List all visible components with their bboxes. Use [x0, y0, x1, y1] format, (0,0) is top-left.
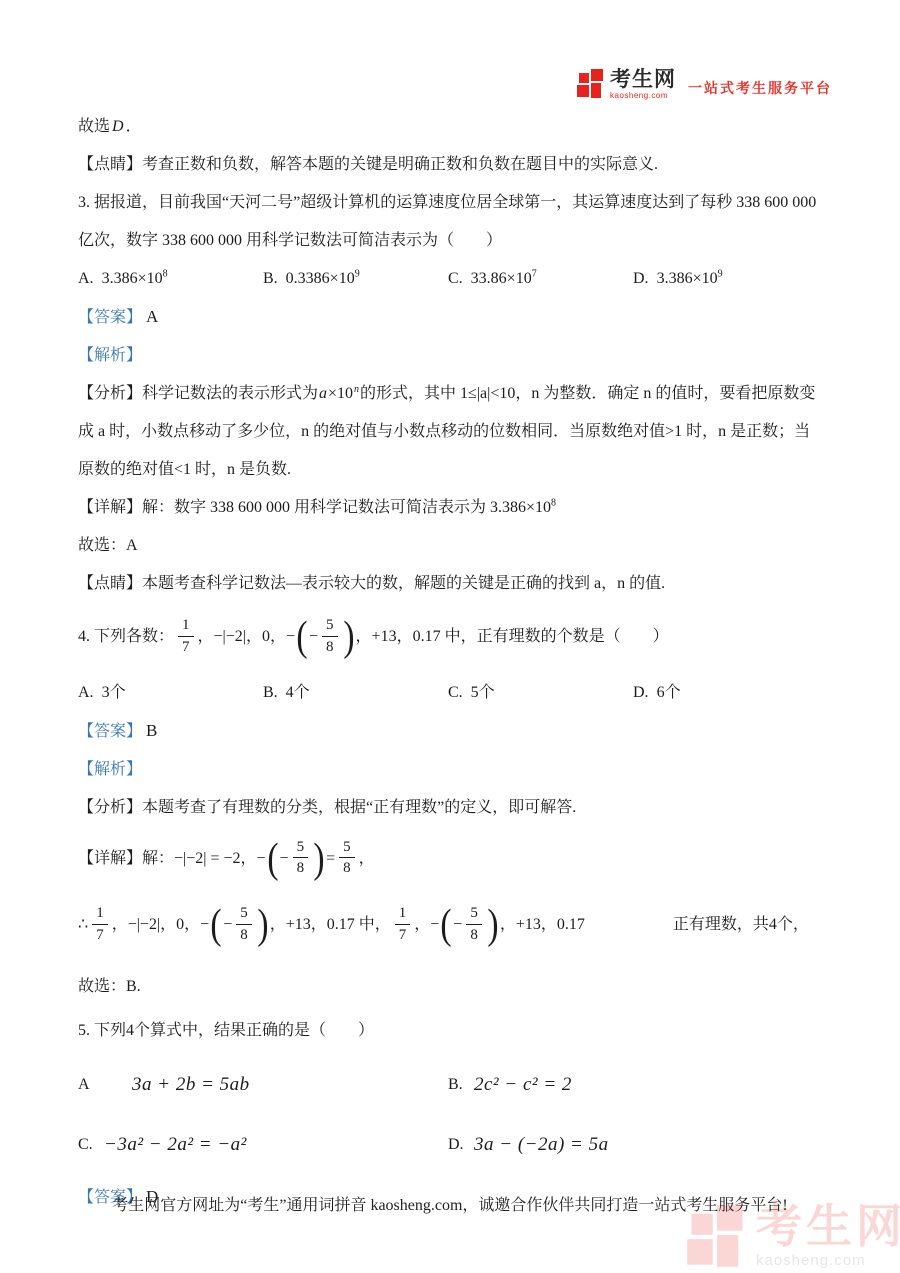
q5-number: 5.	[78, 1022, 90, 1039]
therefore-symbol: ∴	[78, 914, 88, 936]
q4-xj-neg: −	[257, 848, 266, 870]
q2-choice-letter: D	[110, 118, 126, 135]
q3-fenxi-line3: 原数的绝对值<1 时，n 是负数.	[78, 459, 840, 481]
q3-option-c: C.33.86×107	[448, 268, 633, 290]
q5-options-row2: C.−3a² − 2a² = −a² D.3a − (−2a) = 5a	[78, 1132, 840, 1158]
q3-fenxi-x10: ×10	[328, 385, 353, 402]
q3-fenxi-var-a: a	[318, 385, 328, 402]
q4-t-inner-neg: −	[223, 914, 232, 936]
fraction-5-8: 58	[322, 616, 338, 657]
q3-option-a-base: 3.386×10	[102, 270, 163, 287]
q4-stem-pre: 下列各数：	[94, 626, 174, 648]
q4-option-b-text: 4个	[286, 684, 310, 701]
q3-answer-letter: A	[146, 307, 158, 326]
q3-option-c-base: 33.86×10	[471, 270, 532, 287]
logo-title: 考生网	[610, 69, 676, 90]
q4-option-c-text: 5个	[471, 684, 495, 701]
q5-option-d-label: D.	[448, 1132, 474, 1158]
q3-option-a-exp: 8	[163, 269, 168, 280]
q5-option-d-formula: 3a − (−2a) = 5a	[474, 1132, 609, 1158]
q4-neg-sign: −	[286, 626, 295, 648]
q3-option-b-value: 0.3386×109	[286, 270, 360, 287]
q4-options: A.3个 B.4个 C.5个 D.6个	[78, 682, 840, 704]
q3-xiangjie-pre: 【详解】解：数字 338 600 000 用科学记数法可简洁表示为	[78, 499, 490, 516]
q4-option-d-text: 6个	[657, 684, 681, 701]
q3-answer-label: 【答案】	[78, 309, 142, 326]
q4-xiangjie: 【详解】解：−|−2| = −2， −(−58) = 58 ，	[78, 839, 840, 880]
logo-domain: kaosheng.com	[610, 92, 676, 100]
q4-jiexi-label: 【解析】	[78, 759, 840, 781]
q4-t-conclusion: 正有理数，共4个，	[673, 914, 809, 936]
kaosheng-watermark: 考生网 kaosheng.com	[686, 1203, 900, 1271]
q5-options-row1: A3a + 2b = 5ab B.2c² − c² = 2	[78, 1072, 840, 1098]
q3-option-b-exp: 9	[355, 269, 360, 280]
q3-fenxi-formula: a×10n	[318, 385, 360, 402]
q3-answer: 【答案】A	[78, 306, 840, 329]
q4-inner-neg: −	[309, 626, 318, 648]
q4-answer-letter: B	[146, 721, 157, 740]
q3-option-c-label: C.	[448, 270, 463, 287]
fraction-5-8: 58	[236, 904, 252, 945]
q3-option-d-base: 3.386×10	[657, 270, 718, 287]
q3-stem-line2: 亿次，数字 338 600 000 用科学记数法可简洁表示为（ ）	[78, 230, 840, 252]
q3-options: A.3.386×108 B.0.3386×109 C.33.86×107 D.3…	[78, 268, 840, 290]
q4-t-a: ，−|−2|，0，	[112, 914, 200, 936]
q3-option-a-label: A.	[78, 270, 94, 287]
q3-option-c-exp: 7	[532, 269, 537, 280]
fraction-1-7: 17	[178, 616, 194, 657]
q3-option-d-exp: 9	[718, 269, 723, 280]
watermark-title: 考生网	[756, 1203, 900, 1249]
q3-fenxi-post: 的形式，其中 1≤|a|<10，n 为整数．确定 n 的值时，要看把原数变	[360, 385, 815, 402]
q4-option-b: B.4个	[263, 682, 448, 704]
fraction-5-8: 58	[293, 838, 309, 879]
q3-stem-line1: 3. 据报道，目前我国“天河二号”超级计算机的运算速度位居全球第一，其运算速度达…	[78, 192, 840, 214]
q4-xiangjie-pre: 【详解】解：−|−2| = −2，	[78, 848, 257, 870]
q4-xj-inner-neg: −	[280, 848, 289, 870]
fraction-1-7: 17	[92, 904, 108, 945]
q3-option-a: A.3.386×108	[78, 268, 263, 290]
q2-conclusion: 故选D．	[78, 116, 840, 138]
q4-t-c: ，	[414, 914, 430, 936]
q2-dianjing: 【点睛】考查正数和负数，解答本题的关键是明确正数和负数在题目中的实际意义.	[78, 154, 840, 176]
q3-stem-text1: 据报道，目前我国“天河二号”超级计算机的运算速度位居全球第一，其运算速度达到了每…	[94, 194, 816, 211]
q4-xj-comma: ，	[359, 848, 375, 870]
q3-guxuan: 故选：A	[78, 535, 840, 557]
q5-option-d: D.3a − (−2a) = 5a	[448, 1132, 840, 1158]
q5-option-c-formula: −3a² − 2a² = −a²	[104, 1132, 247, 1158]
q3-fenxi-line1: 【分析】科学记数法的表示形式为a×10n的形式，其中 1≤|a|<10，n 为整…	[78, 383, 840, 405]
q4-option-a-label: A.	[78, 684, 94, 701]
q2-conclusion-prefix: 故选	[78, 118, 110, 135]
q4-option-a: A.3个	[78, 682, 263, 704]
q4-t-neg2: −	[430, 914, 439, 936]
q3-option-b-label: B.	[263, 270, 278, 287]
logo-text: 考生网 kaosheng.com	[610, 69, 676, 100]
q3-xiangjie-base: 3.386×10	[490, 499, 551, 516]
q4-stem: 4. 下列各数： 17 ，−|−2|，0， −(−58) ，+13，0.17 中…	[78, 617, 840, 658]
q3-xiangjie-result: 3.386×108	[490, 499, 556, 516]
q3-xiangjie-exp: 8	[551, 498, 556, 509]
q5-option-b-formula: 2c² − c² = 2	[474, 1072, 572, 1098]
q5-option-a: A3a + 2b = 5ab	[78, 1072, 448, 1098]
q3-option-b-base: 0.3386×10	[286, 270, 355, 287]
q3-option-d-value: 3.386×109	[657, 270, 723, 287]
q3-fenxi-exp: n	[353, 384, 360, 395]
q3-option-b: B.0.3386×109	[263, 268, 448, 290]
kaosheng-watermark-icon	[686, 1203, 748, 1271]
q3-fenxi-pre: 【分析】科学记数法的表示形式为	[78, 385, 318, 402]
kaosheng-logo: 考生网 kaosheng.com 一站式考生服务平台	[577, 68, 832, 100]
watermark-text: 考生网 kaosheng.com	[756, 1203, 900, 1268]
q4-therefore-line: ∴ 17 ，−|−2|，0， −(−58) ，+13，0.17 中， 17 ， …	[78, 905, 840, 946]
q3-option-c-value: 33.86×107	[471, 270, 537, 287]
q3-option-d-label: D.	[633, 270, 649, 287]
q5-stem-text: 下列4个算式中，结果正确的是（ ）	[94, 1022, 374, 1039]
fraction-5-8: 58	[339, 838, 355, 879]
q4-guxuan: 故选：B.	[78, 976, 840, 998]
q5-option-b: B.2c² − c² = 2	[448, 1072, 840, 1098]
q4-xj-eq: =	[326, 848, 335, 870]
q3-fenxi-line2: 成 a 时，小数点移动了多少位，n 的绝对值与小数点移动的位数相同．当原数绝对值…	[78, 421, 840, 443]
q3-number: 3.	[78, 194, 90, 211]
fraction-5-8: 58	[466, 904, 482, 945]
q2-conclusion-suffix: ．	[126, 118, 142, 135]
q4-fenxi: 【分析】本题考查了有理数的分类，根据“正有理数”的定义，即可解答.	[78, 797, 840, 819]
page-header: 考生网 kaosheng.com 一站式考生服务平台	[0, 0, 900, 100]
q4-t-b: ，+13，0.17 中，	[270, 914, 391, 936]
q5-option-b-label: B.	[448, 1072, 474, 1098]
q4-answer: 【答案】B	[78, 720, 840, 743]
q4-stem-mid: ，−|−2|，0，	[198, 626, 286, 648]
q5-option-a-formula: 3a + 2b = 5ab	[132, 1072, 250, 1098]
document-content: 故选D． 【点睛】考查正数和负数，解答本题的关键是明确正数和负数在题目中的实际意…	[0, 116, 900, 1209]
q4-option-d: D.6个	[633, 682, 840, 704]
q3-option-a-value: 3.386×108	[102, 270, 168, 287]
q4-option-c: C.5个	[448, 682, 633, 704]
kaosheng-logo-icon	[577, 68, 605, 100]
document-page: 考生网 kaosheng.com 一站式考生服务平台 故选D． 【点睛】考查正数…	[0, 0, 900, 1273]
q3-dianjing: 【点睛】本题考查科学记数法—表示较大的数，解题的关键是正确的找到 a，n 的值.	[78, 573, 840, 595]
q5-stem: 5. 下列4个算式中，结果正确的是（ ）	[78, 1020, 840, 1042]
watermark-domain: kaosheng.com	[756, 1253, 900, 1268]
q4-option-b-label: B.	[263, 684, 278, 701]
q5-option-c-label: C.	[78, 1132, 104, 1158]
q3-option-d: D.3.386×109	[633, 268, 840, 290]
q4-t-neg: −	[200, 914, 209, 936]
q4-answer-label: 【答案】	[78, 723, 142, 740]
q3-xiangjie: 【详解】解：数字 338 600 000 用科学记数法可简洁表示为 3.386×…	[78, 497, 840, 519]
q4-number: 4.	[78, 626, 90, 648]
q4-option-d-label: D.	[633, 684, 649, 701]
q4-option-c-label: C.	[448, 684, 463, 701]
q4-stem-post: ，+13，0.17 中，正有理数的个数是（ ）	[356, 626, 669, 648]
fraction-1-7: 17	[395, 904, 411, 945]
q3-jiexi-label: 【解析】	[78, 345, 840, 367]
q5-option-c: C.−3a² − 2a² = −a²	[78, 1132, 448, 1158]
q4-t-d: ，+13，0.17	[500, 914, 585, 936]
logo-tagline: 一站式考生服务平台	[688, 78, 832, 100]
q5-option-a-label: A	[78, 1072, 104, 1098]
q4-option-a-text: 3个	[102, 684, 126, 701]
q4-t-inner-neg2: −	[453, 914, 462, 936]
